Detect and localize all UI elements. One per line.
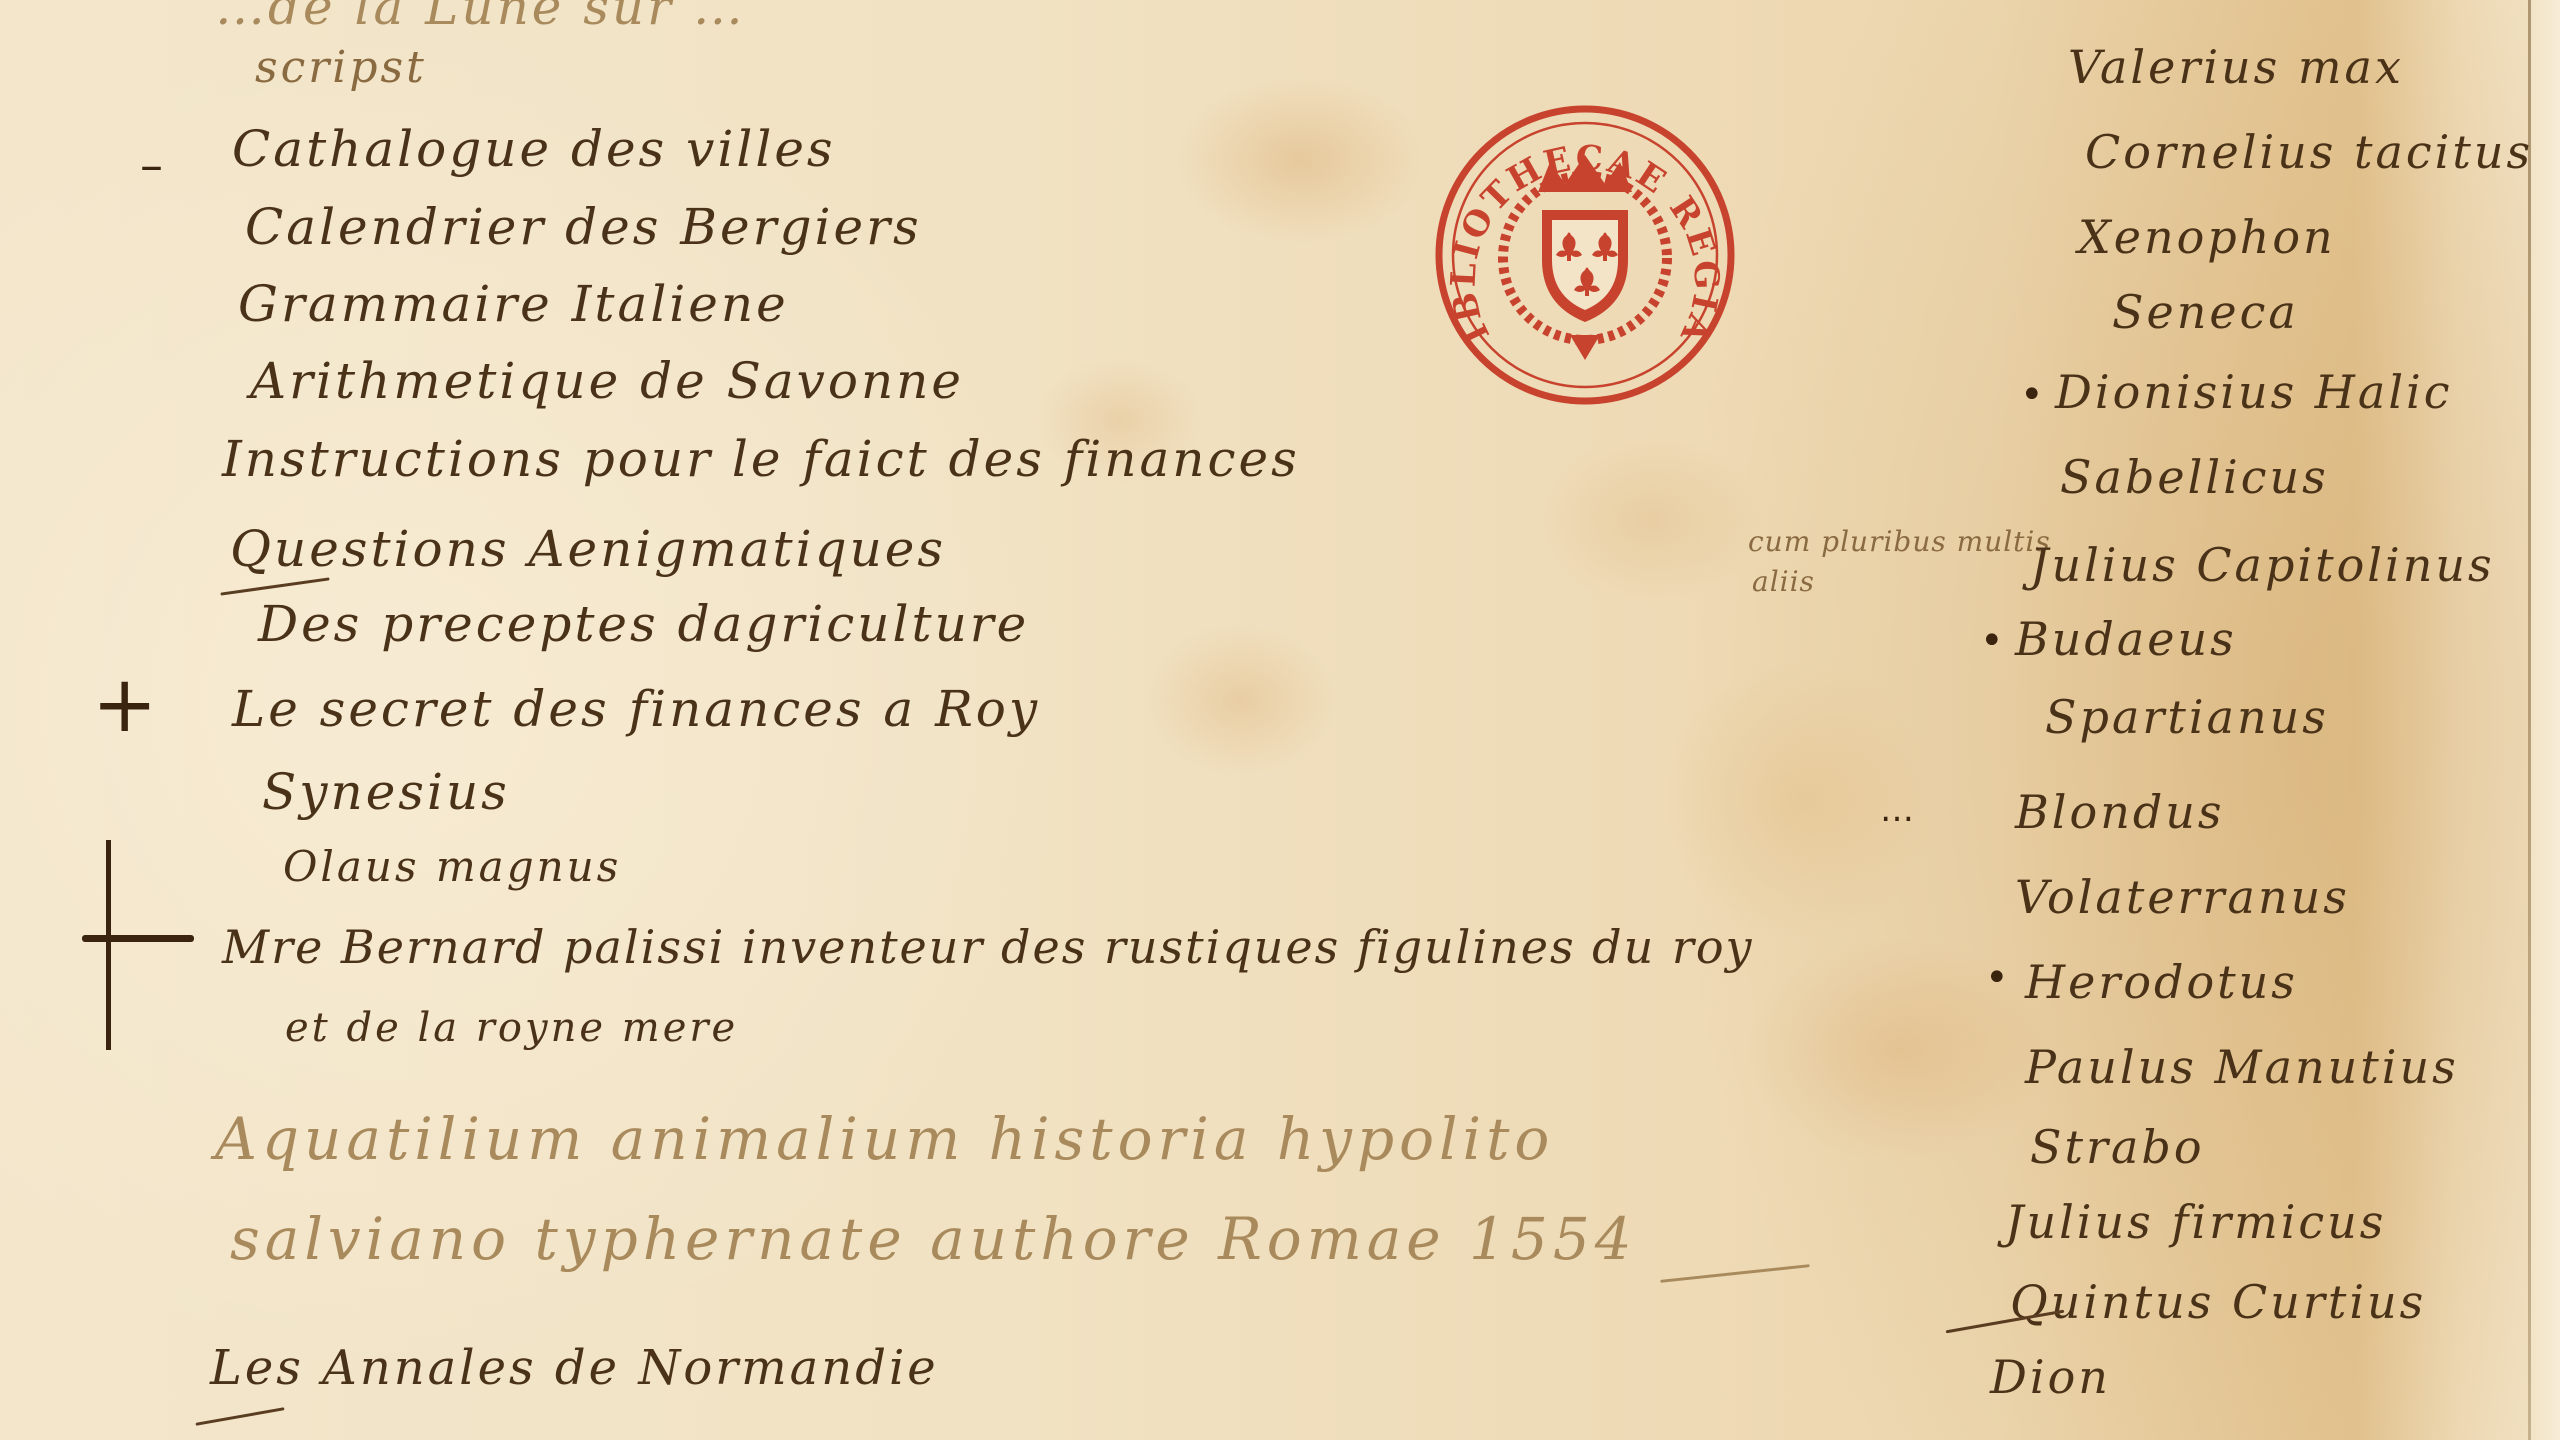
manuscript-line: Volaterranus	[2015, 870, 2350, 924]
manuscript-line: Mre Bernard palissi inventeur des rustiq…	[222, 920, 1754, 974]
manuscript-line: Dionisius Halic	[2055, 365, 2453, 419]
manuscript-line: Strabo	[2030, 1120, 2205, 1174]
bullet-dot-mark: •	[2020, 372, 2044, 418]
manuscript-line: Dion	[1990, 1350, 2111, 1404]
margin-note-line: cum pluribus multis	[1748, 525, 2051, 558]
margin-note-line: aliis	[1752, 565, 1815, 598]
manuscript-line: Calendrier des Bergiers	[245, 198, 922, 256]
manuscript-line: Olaus magnus	[283, 842, 621, 891]
margin-cross-mark-horizontal	[82, 935, 194, 942]
manuscript-line: Valerius max	[2068, 40, 2404, 94]
manuscript-line: Cathalogue des villes	[232, 120, 836, 178]
manuscript-line: Quintus Curtius	[2010, 1275, 2426, 1329]
manuscript-line: Les Annales de Normandie	[210, 1340, 939, 1396]
margin-dash-mark: –	[140, 138, 163, 192]
ellipsis-mark: …	[1880, 790, 1914, 830]
manuscript-line: Herodotus	[2025, 955, 2298, 1009]
manuscript-line: Paulus Manutius	[2025, 1040, 2459, 1094]
manuscript-line: Seneca	[2112, 285, 2299, 339]
manuscript-line: Budaeus	[2015, 612, 2237, 666]
manuscript-line: Grammaire Italiene	[238, 275, 789, 333]
manuscript-line: Julius Capitolinus	[2030, 538, 2495, 592]
manuscript-line-later-hand: Aquatilium animalium historia hypolito	[215, 1105, 1554, 1173]
manuscript-line: Synesius	[262, 763, 510, 821]
manuscript-line: Le secret des finances a Roy	[232, 680, 1040, 738]
margin-cross-mark-vertical	[106, 840, 111, 1050]
manuscript-line: Cornelius tacitus	[2085, 125, 2533, 179]
manuscript-line: et de la royne mere	[285, 1005, 738, 1051]
manuscript-line: Sabellicus	[2060, 450, 2329, 504]
page-edge	[2531, 0, 2560, 1440]
bibliotheca-regia-stamp-icon: BIBLIOTHECAE REGIAE	[1430, 100, 1740, 410]
manuscript-line: Instructions pour le faict des finances	[222, 430, 1300, 488]
manuscript-line: Blondus	[2015, 785, 2225, 839]
manuscript-line-later-hand: salviano typhernate authore Romae 1554	[230, 1205, 1637, 1273]
manuscript-line: scripst	[255, 42, 427, 93]
bullet-dot-mark: •	[1980, 618, 2004, 664]
manuscript-line: Questions Aenigmatiques	[230, 520, 946, 578]
manuscript-line: Spartianus	[2045, 690, 2329, 744]
manuscript-line: Xenophon	[2078, 210, 2336, 264]
manuscript-line: Arithmetique de Savonne	[250, 352, 964, 410]
manuscript-line: …de la Lune sur …	[215, 0, 746, 36]
manuscript-line: Des preceptes dagriculture	[258, 595, 1029, 653]
manuscript-line: Julius firmicus	[2005, 1195, 2386, 1249]
bullet-dot-mark: •	[1985, 955, 2009, 1001]
margin-cross-mark: +	[92, 660, 157, 750]
